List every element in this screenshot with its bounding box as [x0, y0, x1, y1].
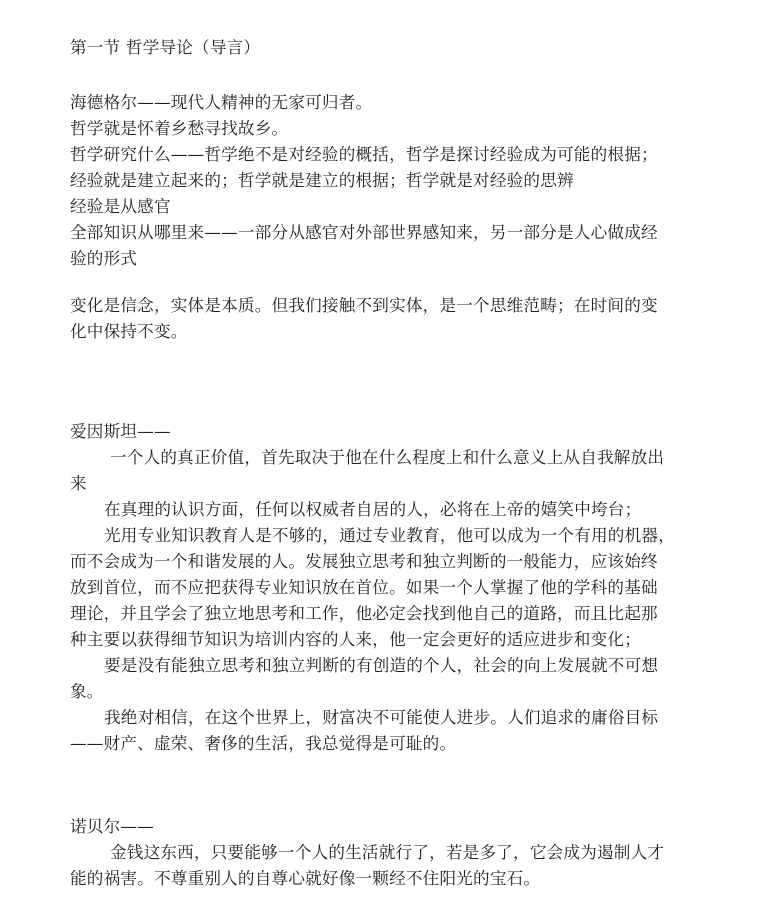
text-line: 经验是从感官: [70, 197, 171, 217]
text-line: 光用专业知识教育人是不够的，通过专业教育，他可以成为一个有用的机器，: [104, 526, 675, 546]
text-line: 哲学就是怀着乡愁寻找故乡。: [70, 119, 288, 139]
text-line: ——财产、虚荣、奢侈的生活，我总觉得是可耻的。: [70, 734, 456, 754]
text-line: 能的祸害。不尊重别人的自尊心就好像一颗经不住阳光的宝石。: [70, 869, 540, 889]
text-line: 经验就是建立起来的；哲学就是建立的根据；哲学就是对经验的思辨: [70, 171, 574, 191]
text-line: 海德格尔——现代人精神的无家可归者。: [70, 93, 372, 113]
text-line: 化中保持不变。: [70, 322, 188, 342]
text-line: 我绝对相信，在这个世界上，财富决不可能使人进步。人们追求的庸俗目标: [104, 708, 658, 728]
text-line: 哲学研究什么——哲学绝不是对经验的概括，哲学是探讨经验成为可能的根据；: [70, 145, 658, 165]
section-title: 第一节 哲学导论（导言）: [70, 38, 260, 58]
text-line: 象。: [70, 682, 104, 702]
text-line: 放到首位，而不应把获得专业知识放在首位。如果一个人掌握了他的学科的基础: [70, 578, 658, 598]
text-line: 一个人的真正价值，首先取决于他在什么程度上和什么意义上从自我解放出: [110, 448, 664, 468]
text-line: 而不会成为一个和谐发展的人。发展独立思考和独立判断的一般能力，应该始终: [70, 552, 658, 572]
text-line: 来: [70, 474, 87, 494]
text-line: 要是没有能独立思考和独立判断的有创造的个人，社会的向上发展就不可想: [104, 656, 658, 676]
text-line: 理论，并且学会了独立地思考和工作，他必定会找到他自己的道路，而且比起那: [70, 604, 658, 624]
text-line: 验的形式: [70, 249, 137, 269]
text-line: 变化是信念，实体是本质。但我们接触不到实体，是一个思维范畴；在时间的变: [70, 296, 658, 316]
text-line: 种主要以获得细节知识为培训内容的人来，他一定会更好的适应进步和变化；: [70, 630, 641, 650]
nobel-heading: 诺贝尔——: [70, 817, 154, 837]
text-line: 金钱这东西，只要能够一个人的生活就行了，若是多了，它会成为遏制人才: [110, 843, 664, 863]
einstein-heading: 爱因斯坦——: [70, 422, 171, 442]
text-line: 全部知识从哪里来——一部分从感官对外部世界感知来，另一部分是人心做成经: [70, 223, 658, 243]
text-line: 在真理的认识方面，任何以权威者自居的人，必将在上帝的嬉笑中垮台；: [104, 500, 641, 520]
